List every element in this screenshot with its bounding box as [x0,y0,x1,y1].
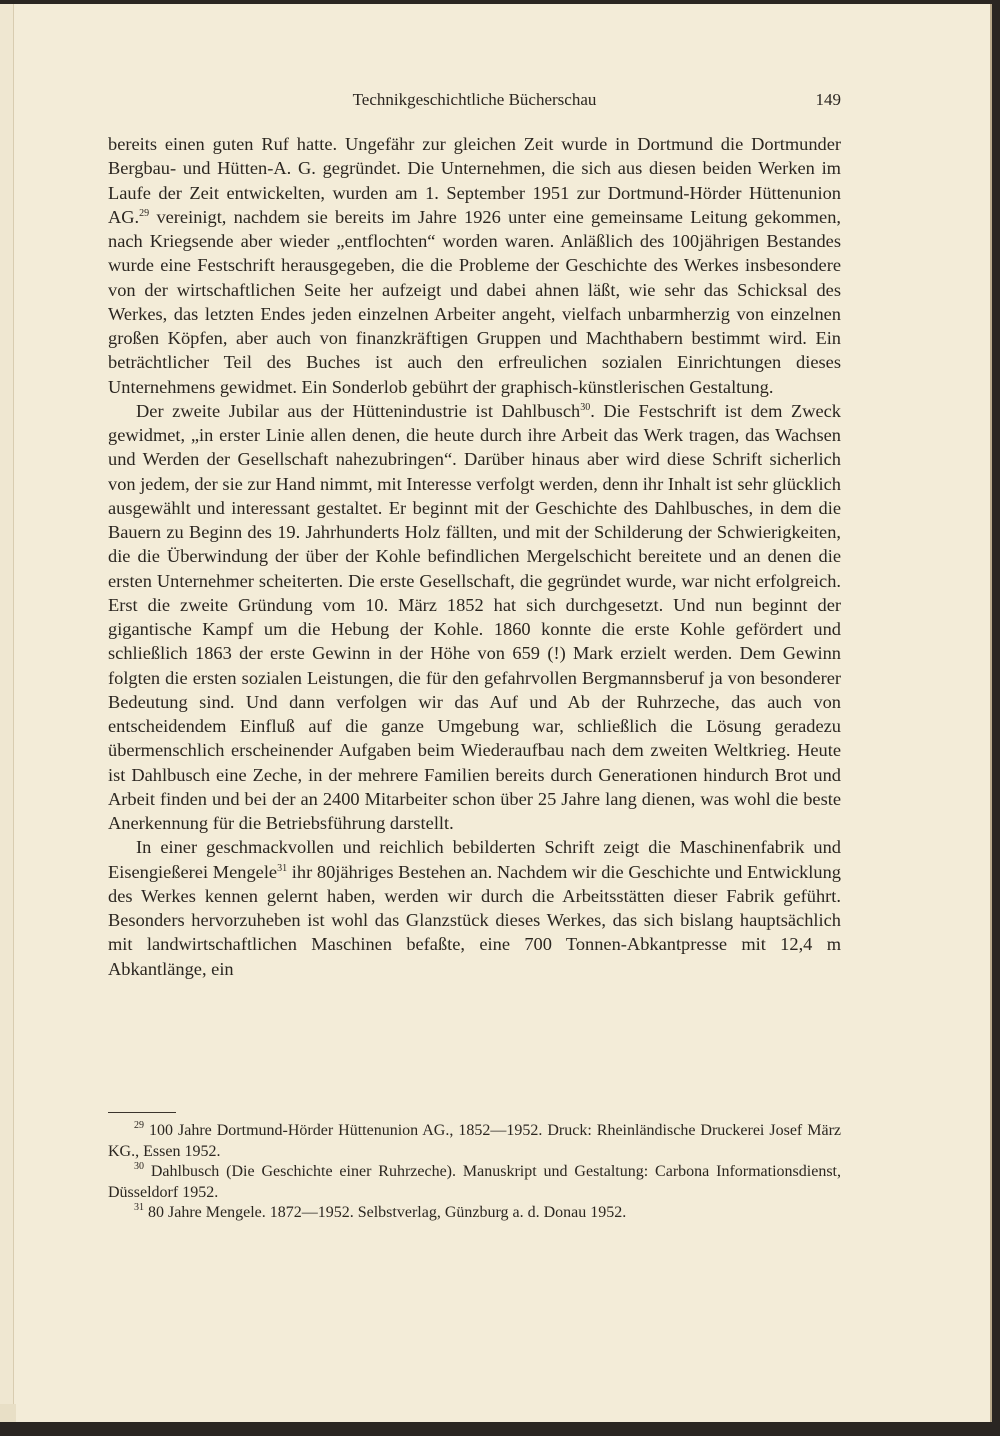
page-gutter-edge [13,4,14,1404]
footnote-ref-29: 29 [139,208,149,219]
footnote-31: 31 80 Jahre Mengele. 1872—1952. Selbstve… [108,1203,841,1224]
text-run: vereinigt, nachdem sie bereits im Jahre … [108,207,841,397]
footnote-text: 100 Jahre Dortmund-Hörder Hüttenunion AG… [108,1122,841,1160]
page-number: 149 [816,90,842,110]
paragraph-2: Der zweite Jubilar aus der Hüttenindustr… [108,399,841,836]
text-run: . Die Festschrift ist dem Zweck gewidmet… [108,401,841,833]
footnote-30: 30 Dahlbusch (Die Geschichte einer Ruhrz… [108,1162,841,1203]
paragraph-1: bereits einen guten Ruf hatte. Ungefähr … [108,132,841,399]
footnote-text: Dahlbusch (Die Geschichte einer Ruhrzech… [108,1163,841,1201]
footnote-number: 30 [134,1161,144,1172]
scanned-page: Technikgeschichtliche Bücherschau 149 be… [0,4,992,1422]
footnote-ref-30: 30 [580,402,590,413]
paragraph-3: In einer geschmackvollen und reichlich b… [108,835,841,981]
running-title: Technikgeschichtliche Bücherschau [108,90,841,110]
footnote-divider [108,1112,176,1113]
page-corner [0,1404,16,1422]
footnote-29: 29 100 Jahre Dortmund-Hörder Hüttenunion… [108,1121,841,1162]
footnote-text: 80 Jahre Mengele. 1872—1952. Selbstverla… [144,1204,626,1221]
running-header: Technikgeschichtliche Bücherschau 149 [108,90,841,114]
footnote-ref-31: 31 [277,863,287,874]
footnote-number: 29 [134,1120,144,1131]
text-run: Der zweite Jubilar aus der Hüttenindustr… [136,401,580,421]
footnotes: 29 100 Jahre Dortmund-Hörder Hüttenunion… [108,1121,841,1224]
footnote-number: 31 [134,1202,144,1213]
body-text: bereits einen guten Ruf hatte. Ungefähr … [108,132,841,981]
